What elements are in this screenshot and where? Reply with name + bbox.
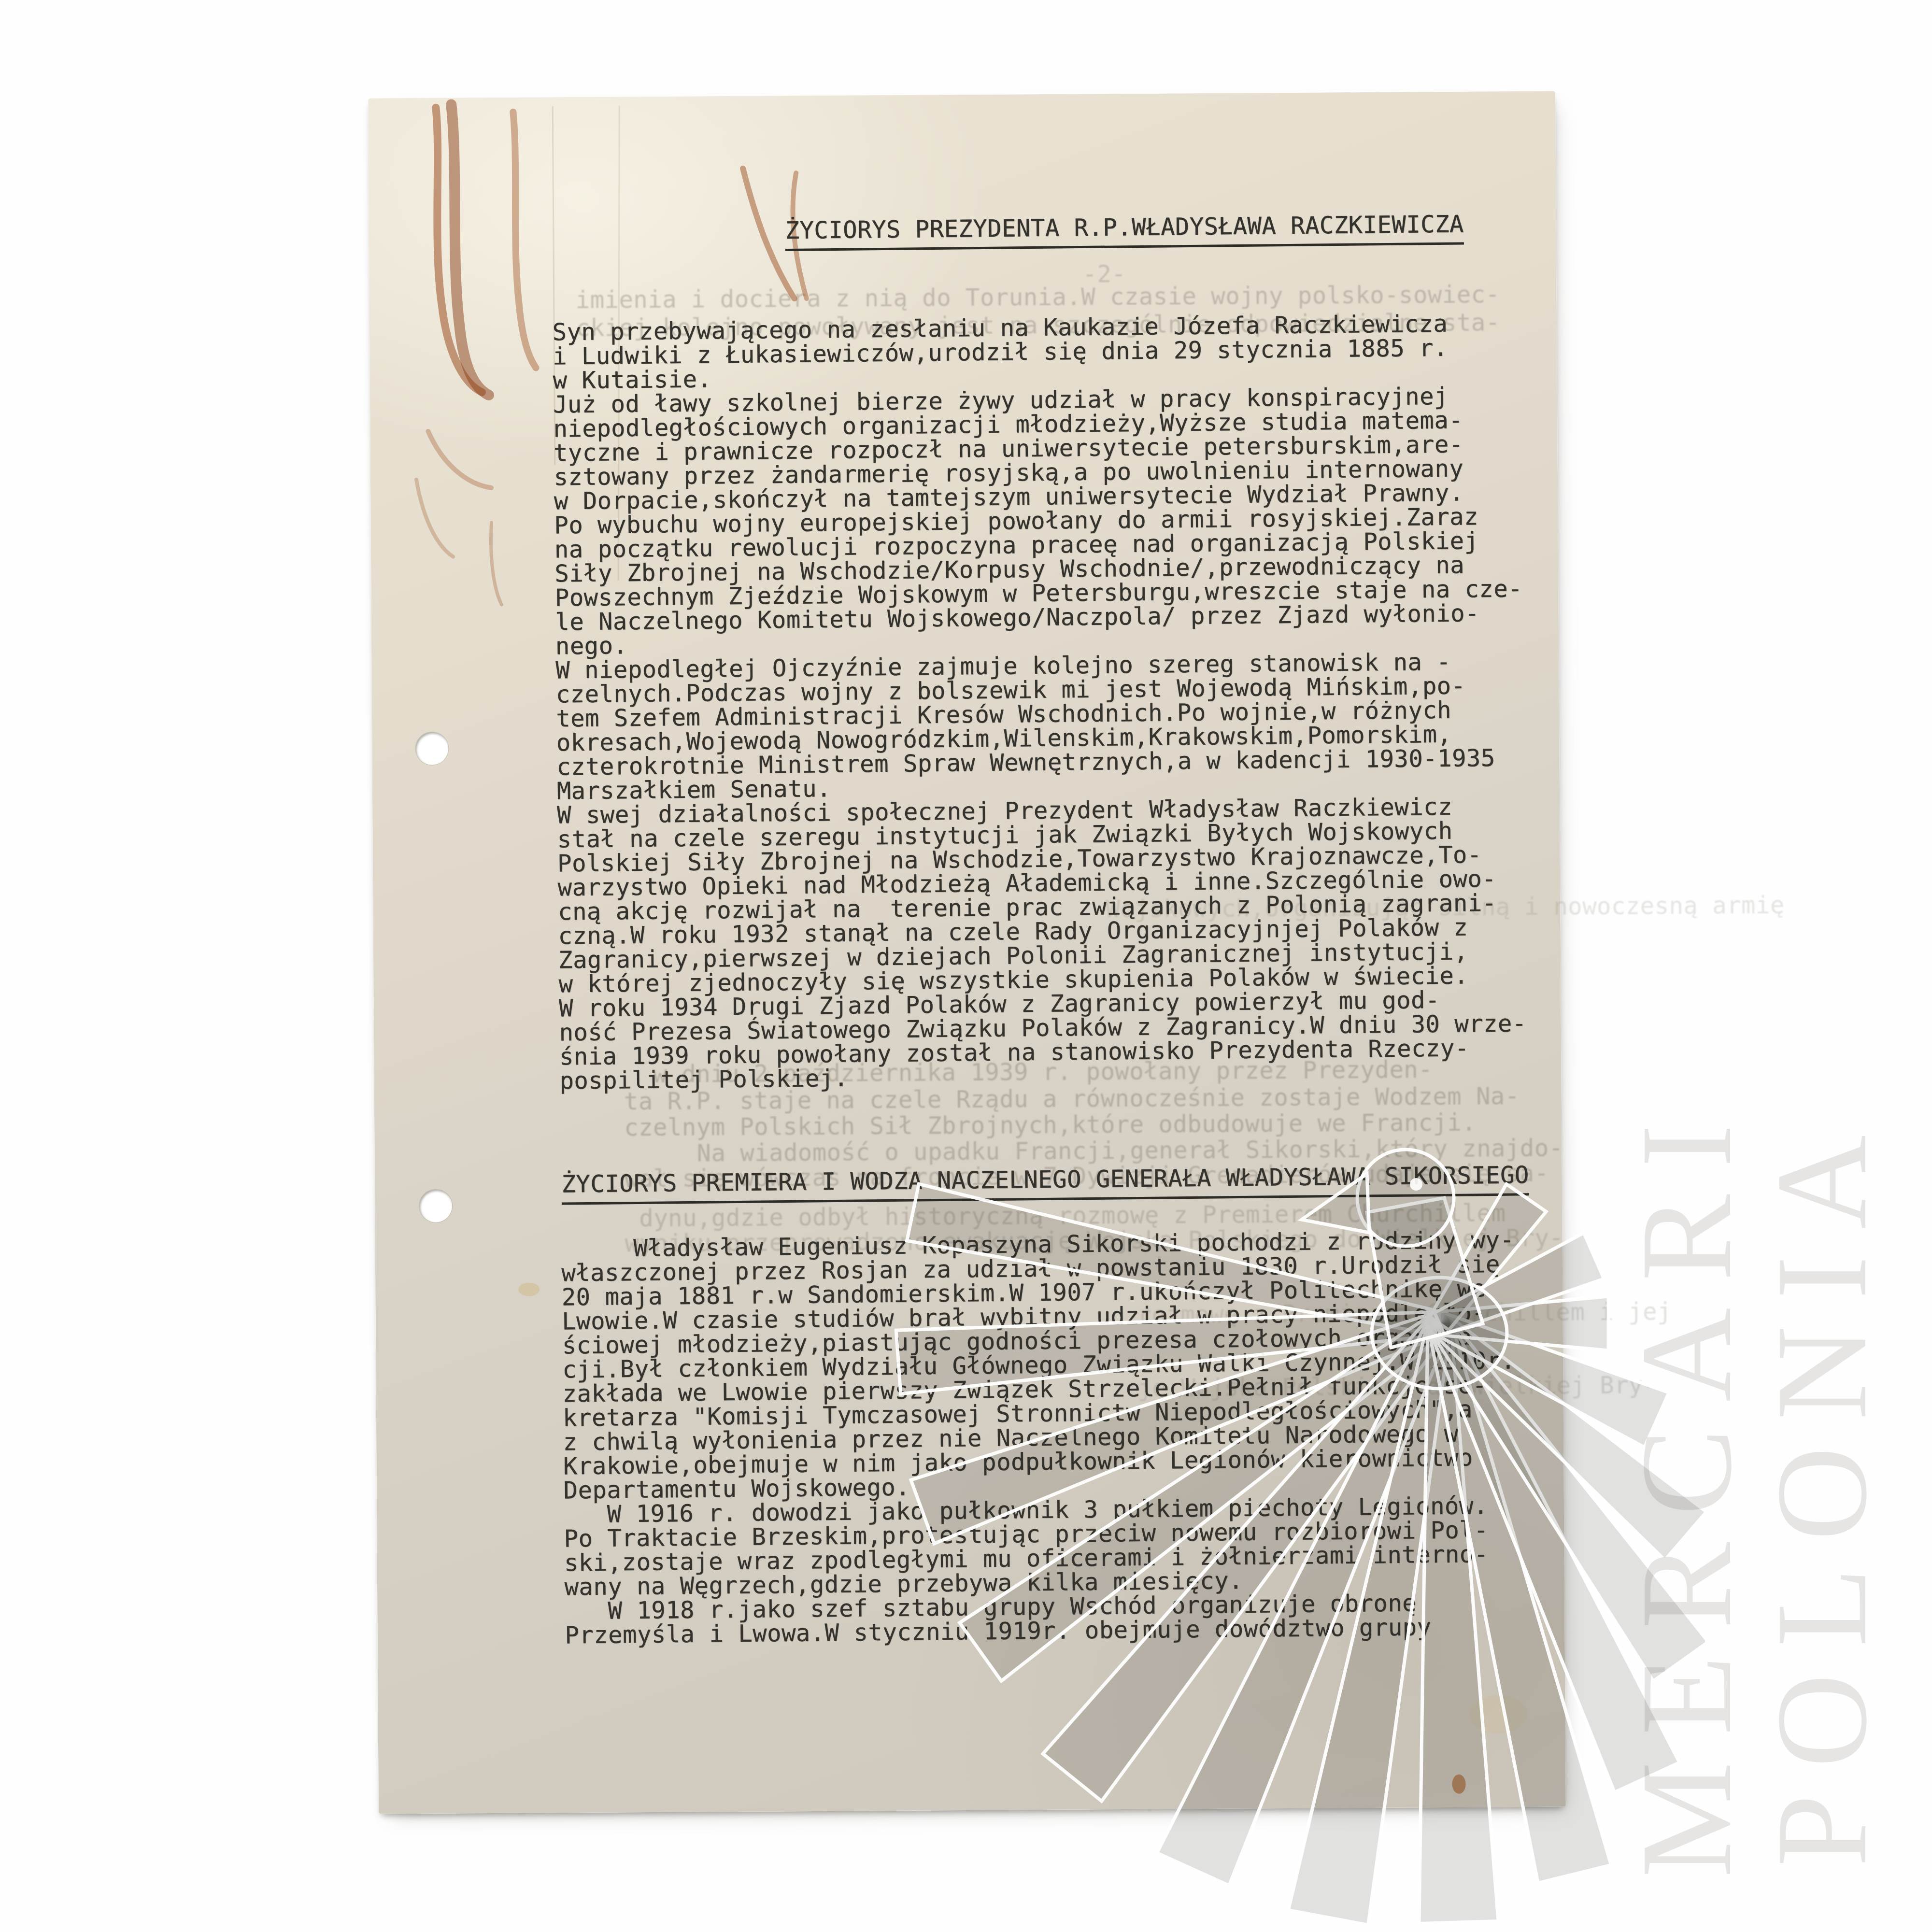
section1-body: Syn przebywającego na zesłaniu na Kaukaz…	[552, 311, 1527, 1093]
watermark-word-mercari: MERCARI	[1609, 1072, 1764, 1903]
section1-title: ŻYCIORYS PREZYDENTA R.P.WŁADYSŁAWA RACZK…	[785, 210, 1464, 251]
typed-text-layer: ŻYCIORYS PREZYDENTA R.P.WŁADYSŁAWA RACZK…	[368, 88, 1571, 1815]
punch-hole-bottom	[419, 1190, 452, 1222]
punch-hole-top	[415, 732, 448, 765]
document-photo: imienia i dociera z nią do Torunia.W cza…	[0, 0, 1932, 1932]
watermark-word-polonia: POLONIA	[1745, 1072, 1899, 1903]
paper-sheet: imienia i dociera z nią do Torunia.W cza…	[368, 91, 1566, 1814]
section2-title: ŻYCIORYS PREMIERA I WODZA NACZELNEGO GEN…	[561, 1161, 1529, 1205]
section2-body: Władysław Eugeniusz Kopaszyna Sikorski p…	[561, 1228, 1519, 1648]
